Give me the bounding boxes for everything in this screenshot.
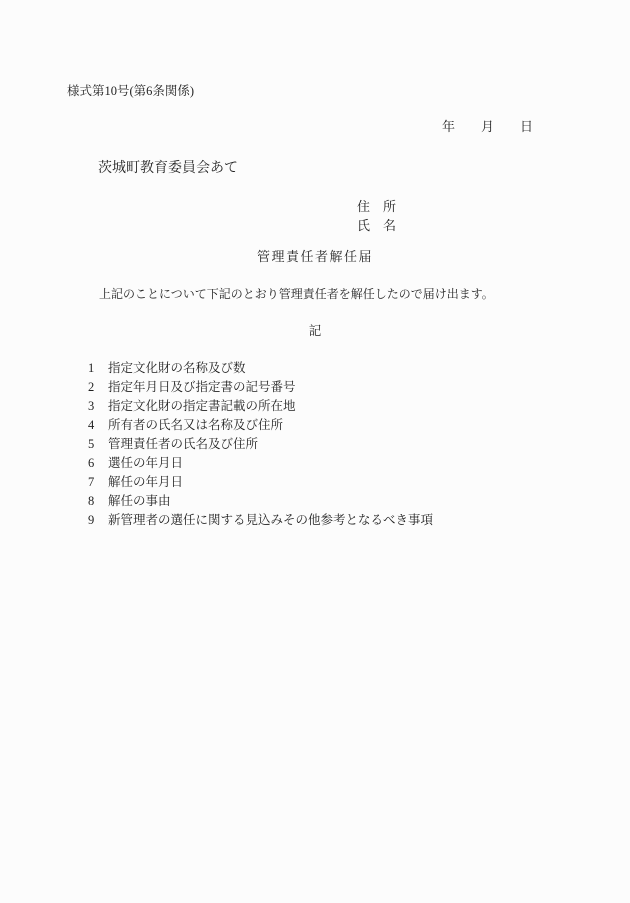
list-item: 5 管理責任者の氏名及び住所 <box>88 435 433 454</box>
item-text: 新管理者の選任に関する見込みその他参考となるべき事項 <box>108 511 433 530</box>
document-page: 様式第10号(第6条関係) 年 月 日 茨城町教育委員会あて 住 所 氏 名 管… <box>0 0 630 903</box>
item-text: 指定文化財の名称及び数 <box>108 359 246 378</box>
item-number: 9 <box>88 511 108 530</box>
item-number: 6 <box>88 454 108 473</box>
list-item: 1 指定文化財の名称及び数 <box>88 359 433 378</box>
address-label: 住 所 <box>357 196 396 215</box>
item-text: 選任の年月日 <box>108 454 183 473</box>
addressee: 茨城町教育委員会あて <box>98 157 238 177</box>
list-item: 8 解任の事由 <box>88 492 433 511</box>
item-number: 8 <box>88 492 108 511</box>
item-text: 指定文化財の指定書記載の所在地 <box>108 397 296 416</box>
list-item: 9 新管理者の選任に関する見込みその他参考となるべき事項 <box>88 511 433 530</box>
form-number: 様式第10号(第6条関係) <box>67 81 194 99</box>
item-text: 管理責任者の氏名及び住所 <box>108 435 258 454</box>
item-text: 解任の事由 <box>108 492 171 511</box>
list-item: 6 選任の年月日 <box>88 454 433 473</box>
list-item: 3 指定文化財の指定書記載の所在地 <box>88 397 433 416</box>
name-label: 氏 名 <box>357 215 396 234</box>
item-text: 所有者の氏名又は名称及び住所 <box>108 416 283 435</box>
document-title: 管理責任者解任届 <box>0 246 630 265</box>
item-number: 1 <box>88 359 108 378</box>
item-number: 3 <box>88 397 108 416</box>
body-paragraph: 上記のことについて下記のとおり管理責任者を解任したので届け出ます。 <box>99 285 494 302</box>
list-item: 7 解任の年月日 <box>88 473 433 492</box>
item-list: 1 指定文化財の名称及び数 2 指定年月日及び指定書の記号番号 3 指定文化財の… <box>88 359 433 530</box>
list-item: 4 所有者の氏名又は名称及び住所 <box>88 416 433 435</box>
item-text: 指定年月日及び指定書の記号番号 <box>108 378 296 397</box>
item-number: 7 <box>88 473 108 492</box>
list-item: 2 指定年月日及び指定書の記号番号 <box>88 378 433 397</box>
item-number: 4 <box>88 416 108 435</box>
record-heading: 記 <box>0 321 630 339</box>
item-text: 解任の年月日 <box>108 473 183 492</box>
item-number: 5 <box>88 435 108 454</box>
item-number: 2 <box>88 378 108 397</box>
date-line: 年 月 日 <box>442 116 533 135</box>
